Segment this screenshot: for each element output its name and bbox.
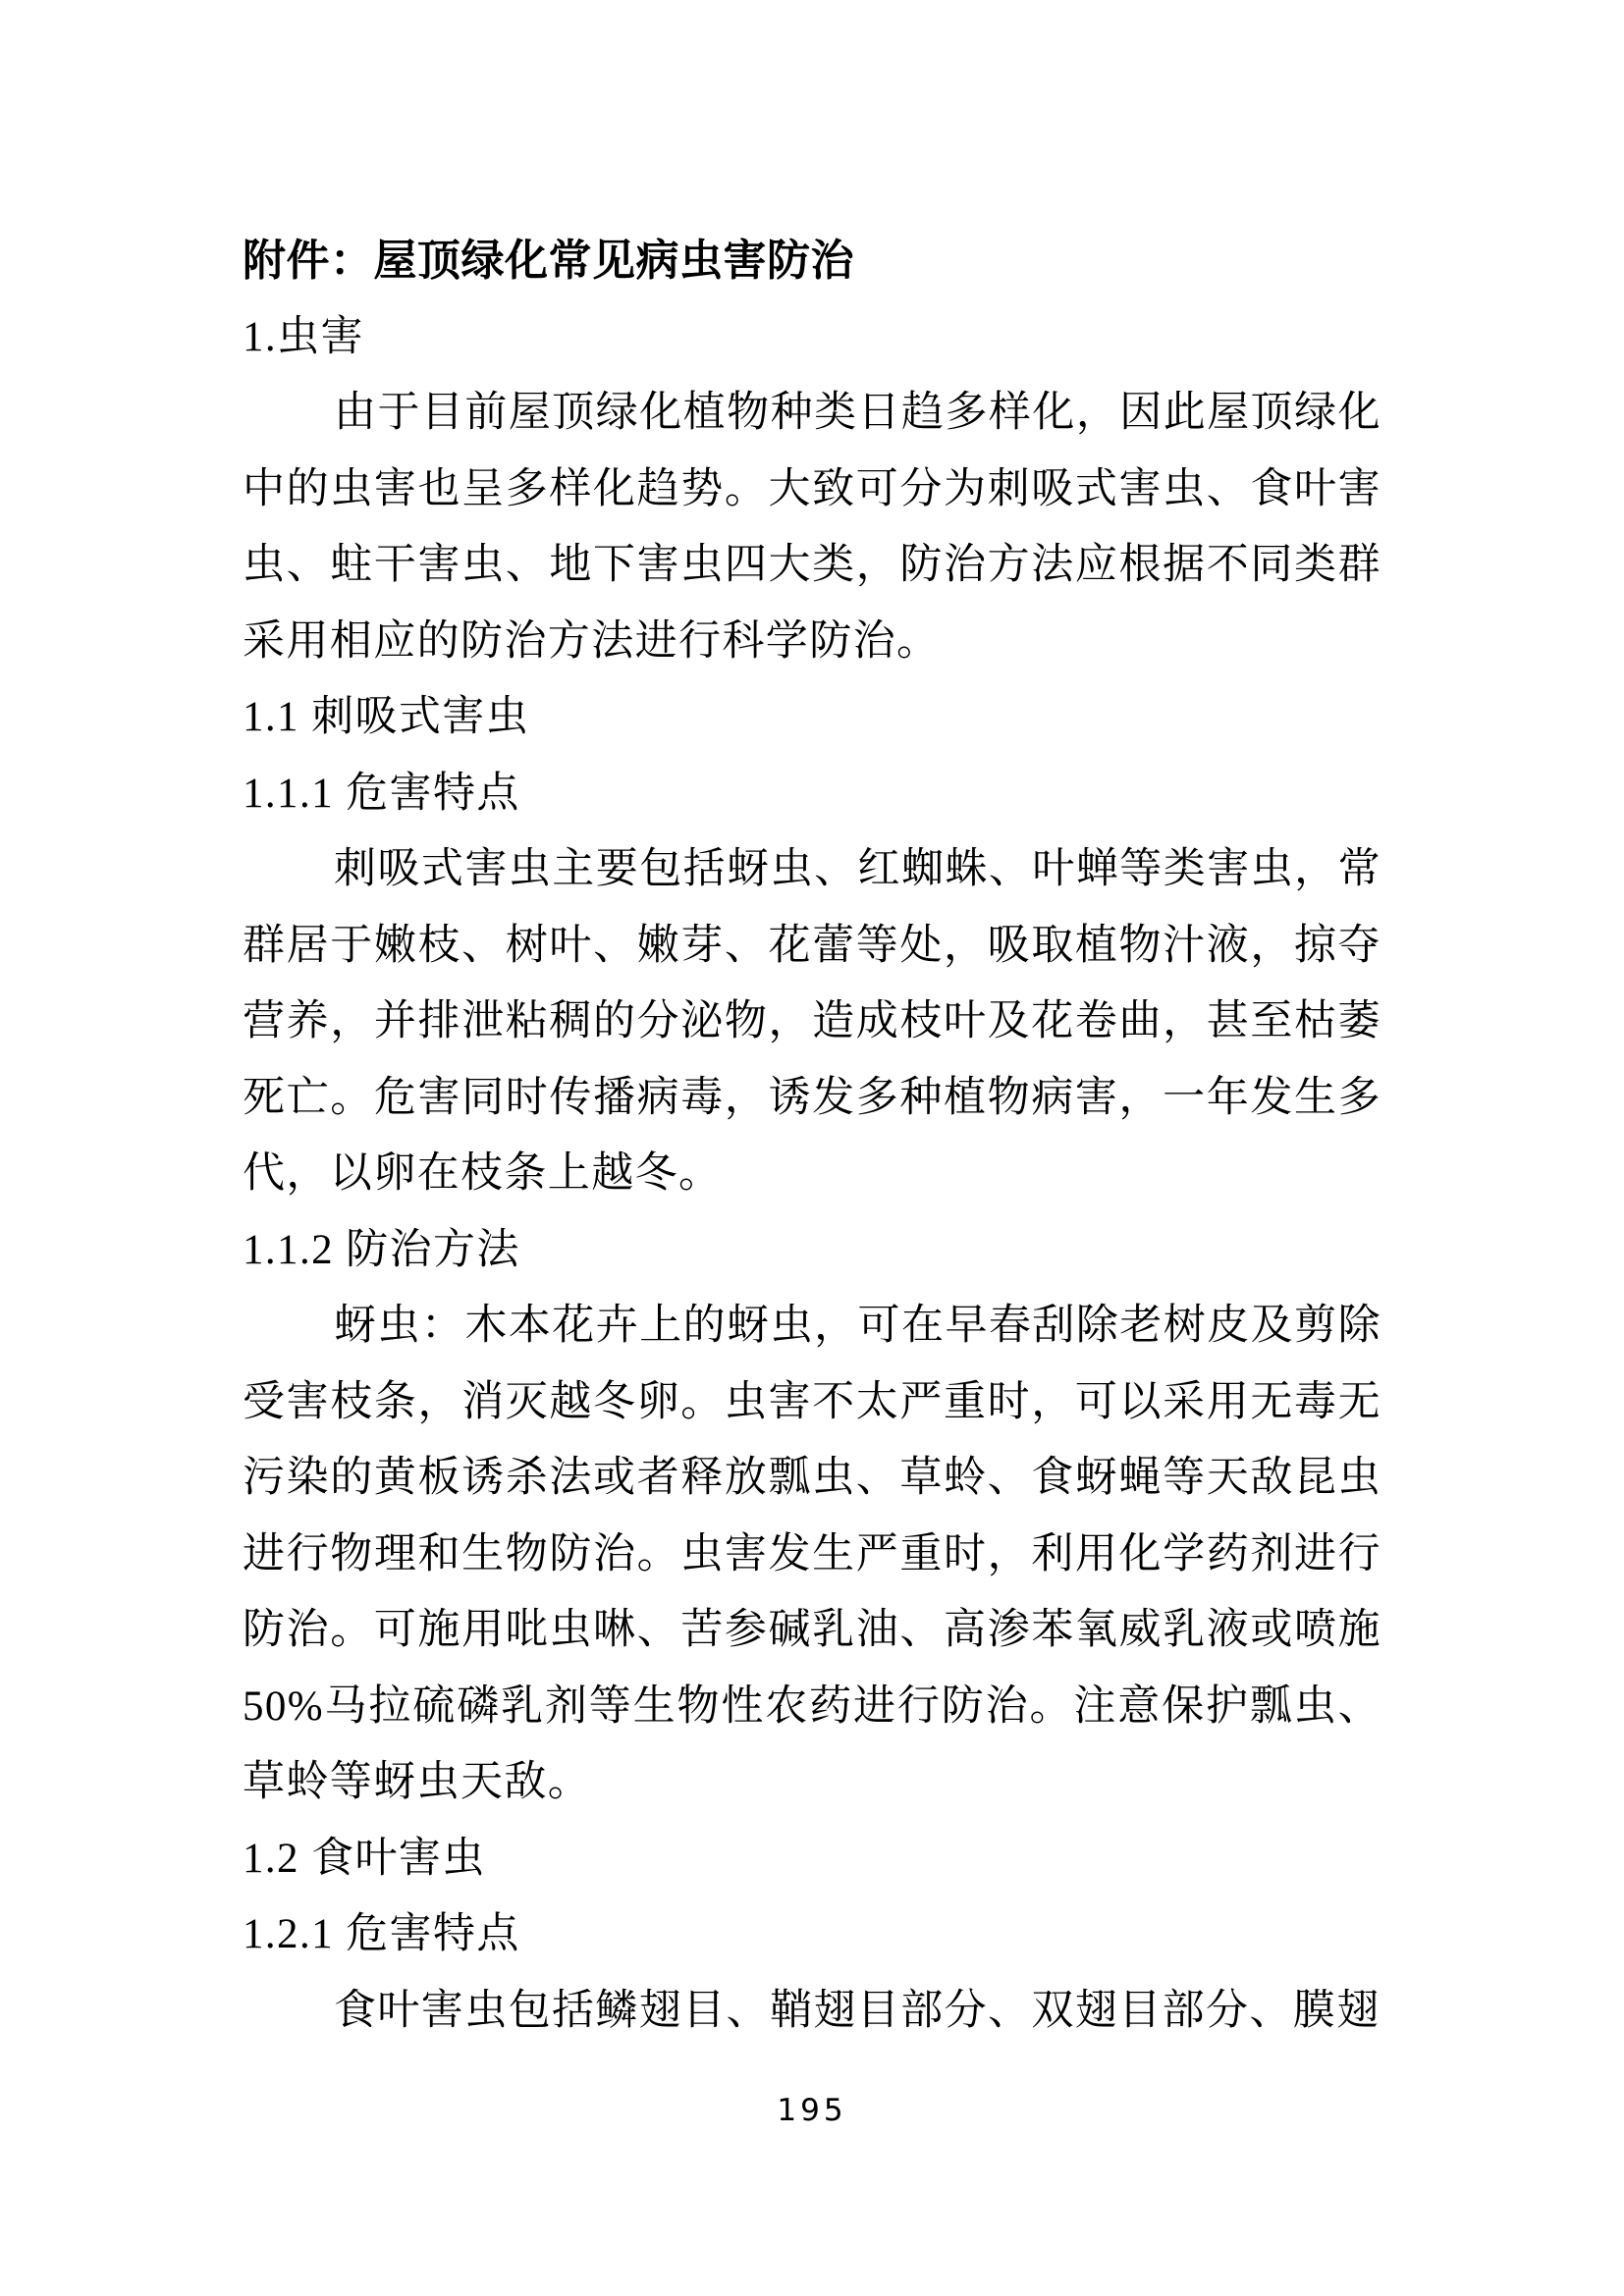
page-number: 195 — [0, 2093, 1624, 2128]
para-control-methods: 蚜虫：木本花卉上的蚜虫，可在早春刮除老树皮及剪除受害枝条，消灭越冬卵。虫害不太严… — [243, 1288, 1381, 1821]
heading-1-2-1-damage-characteristics: 1.2.1 危害特点 — [243, 1896, 1381, 1973]
document-body: 附件：屋顶绿化常见病虫害防治 1.虫害 由于目前屋顶绿化植物种类日趋多样化，因此… — [243, 223, 1381, 2049]
para-pest-overview: 由于目前屋顶绿化植物种类日趋多样化，因此屋顶绿化中的虫害也呈多样化趋势。大致可分… — [243, 375, 1381, 679]
heading-1-pests: 1.虫害 — [243, 299, 1381, 376]
heading-1-2-leaf-eating-pests: 1.2 食叶害虫 — [243, 1821, 1381, 1897]
para-damage-characteristics: 刺吸式害虫主要包括蚜虫、红蜘蛛、叶蝉等类害虫，常群居于嫩枝、树叶、嫩芽、花蕾等处… — [243, 831, 1381, 1212]
document-page: 附件：屋顶绿化常见病虫害防治 1.虫害 由于目前屋顶绿化植物种类日趋多样化，因此… — [0, 0, 1624, 2296]
heading-1-1-piercing-sucking-pests: 1.1 刺吸式害虫 — [243, 679, 1381, 756]
para-leaf-eating-intro: 食叶害虫包括鳞翅目、鞘翅目部分、双翅目部分、膜翅 — [243, 1973, 1381, 2050]
heading-1-1-1-damage-characteristics: 1.1.1 危害特点 — [243, 756, 1381, 832]
heading-1-1-2-control-methods: 1.1.2 防治方法 — [243, 1212, 1381, 1289]
page-title: 附件：屋顶绿化常见病虫害防治 — [243, 223, 1381, 299]
